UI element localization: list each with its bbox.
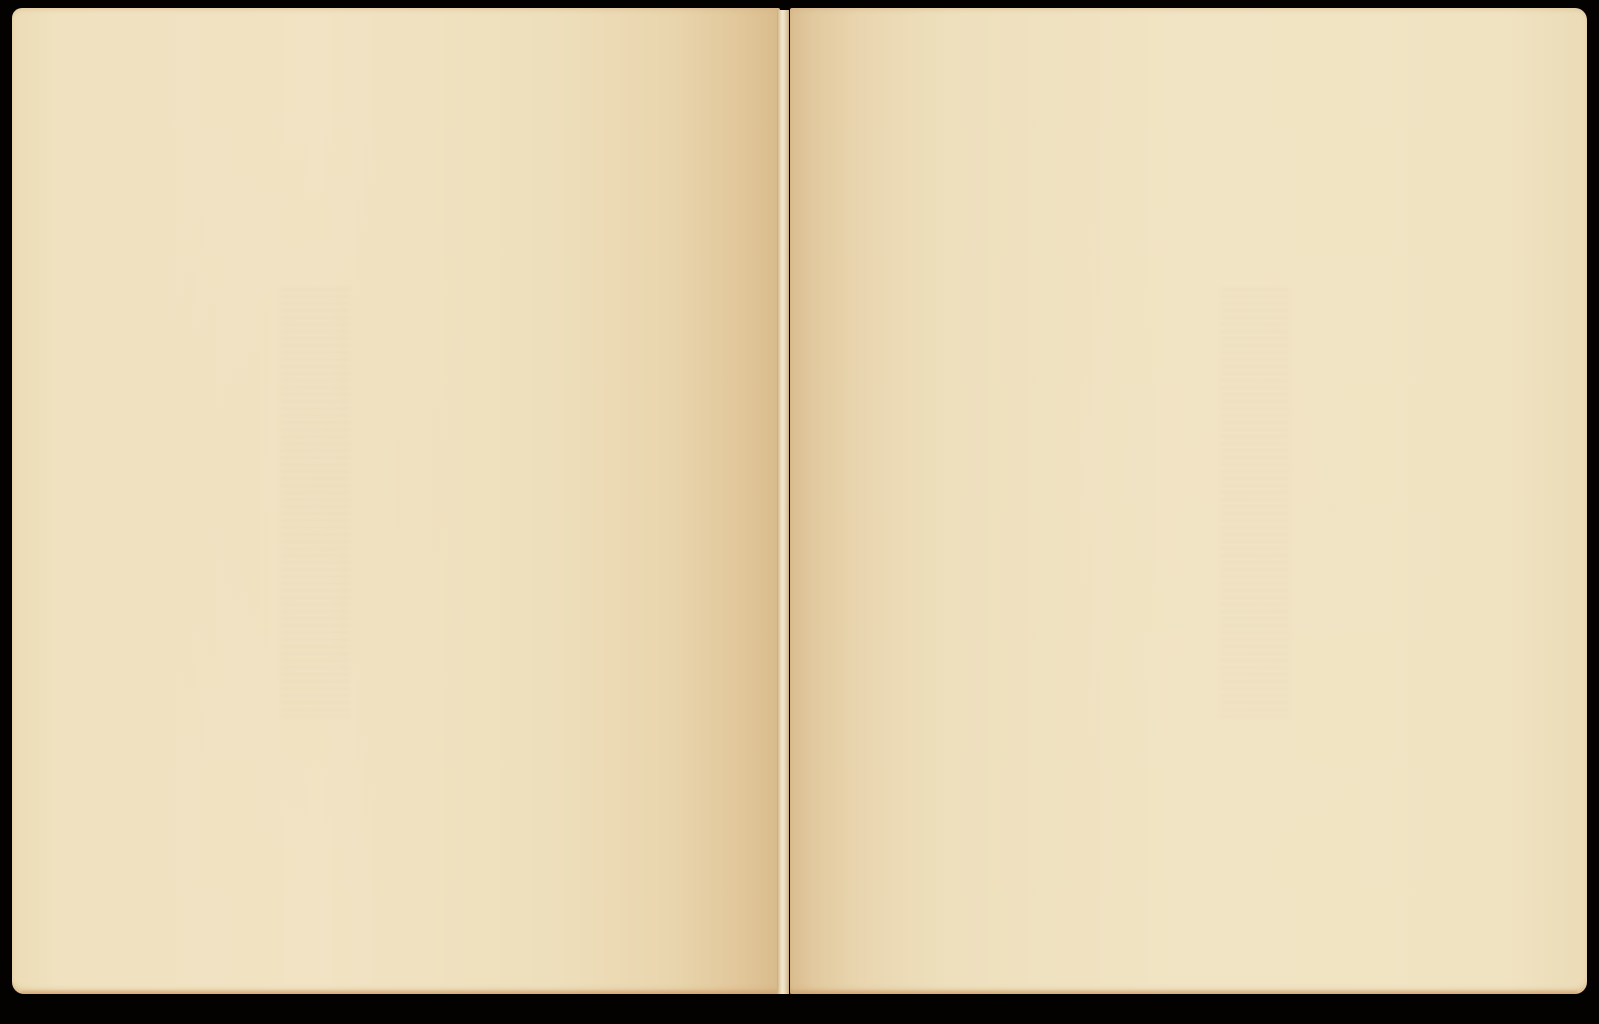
book-spread-scene: Left page (blank) Book gutter / spine Ri… xyxy=(0,0,1599,1024)
left-page-label: Left page (blank) xyxy=(12,8,13,9)
right-page-show-through xyxy=(1220,288,1290,718)
left-page: Left page (blank) xyxy=(12,8,780,994)
book-spine: Book gutter / spine xyxy=(777,10,789,994)
left-page-bottom-edge xyxy=(22,989,780,994)
left-page-show-through xyxy=(280,288,350,718)
right-page-label: Right page (blank) xyxy=(790,8,791,9)
right-page-text xyxy=(790,8,791,9)
right-page: Right page (blank) xyxy=(790,8,1587,994)
left-page-text xyxy=(12,8,13,9)
right-page-bottom-edge xyxy=(790,989,1577,994)
spine-label: Book gutter / spine xyxy=(777,10,778,11)
